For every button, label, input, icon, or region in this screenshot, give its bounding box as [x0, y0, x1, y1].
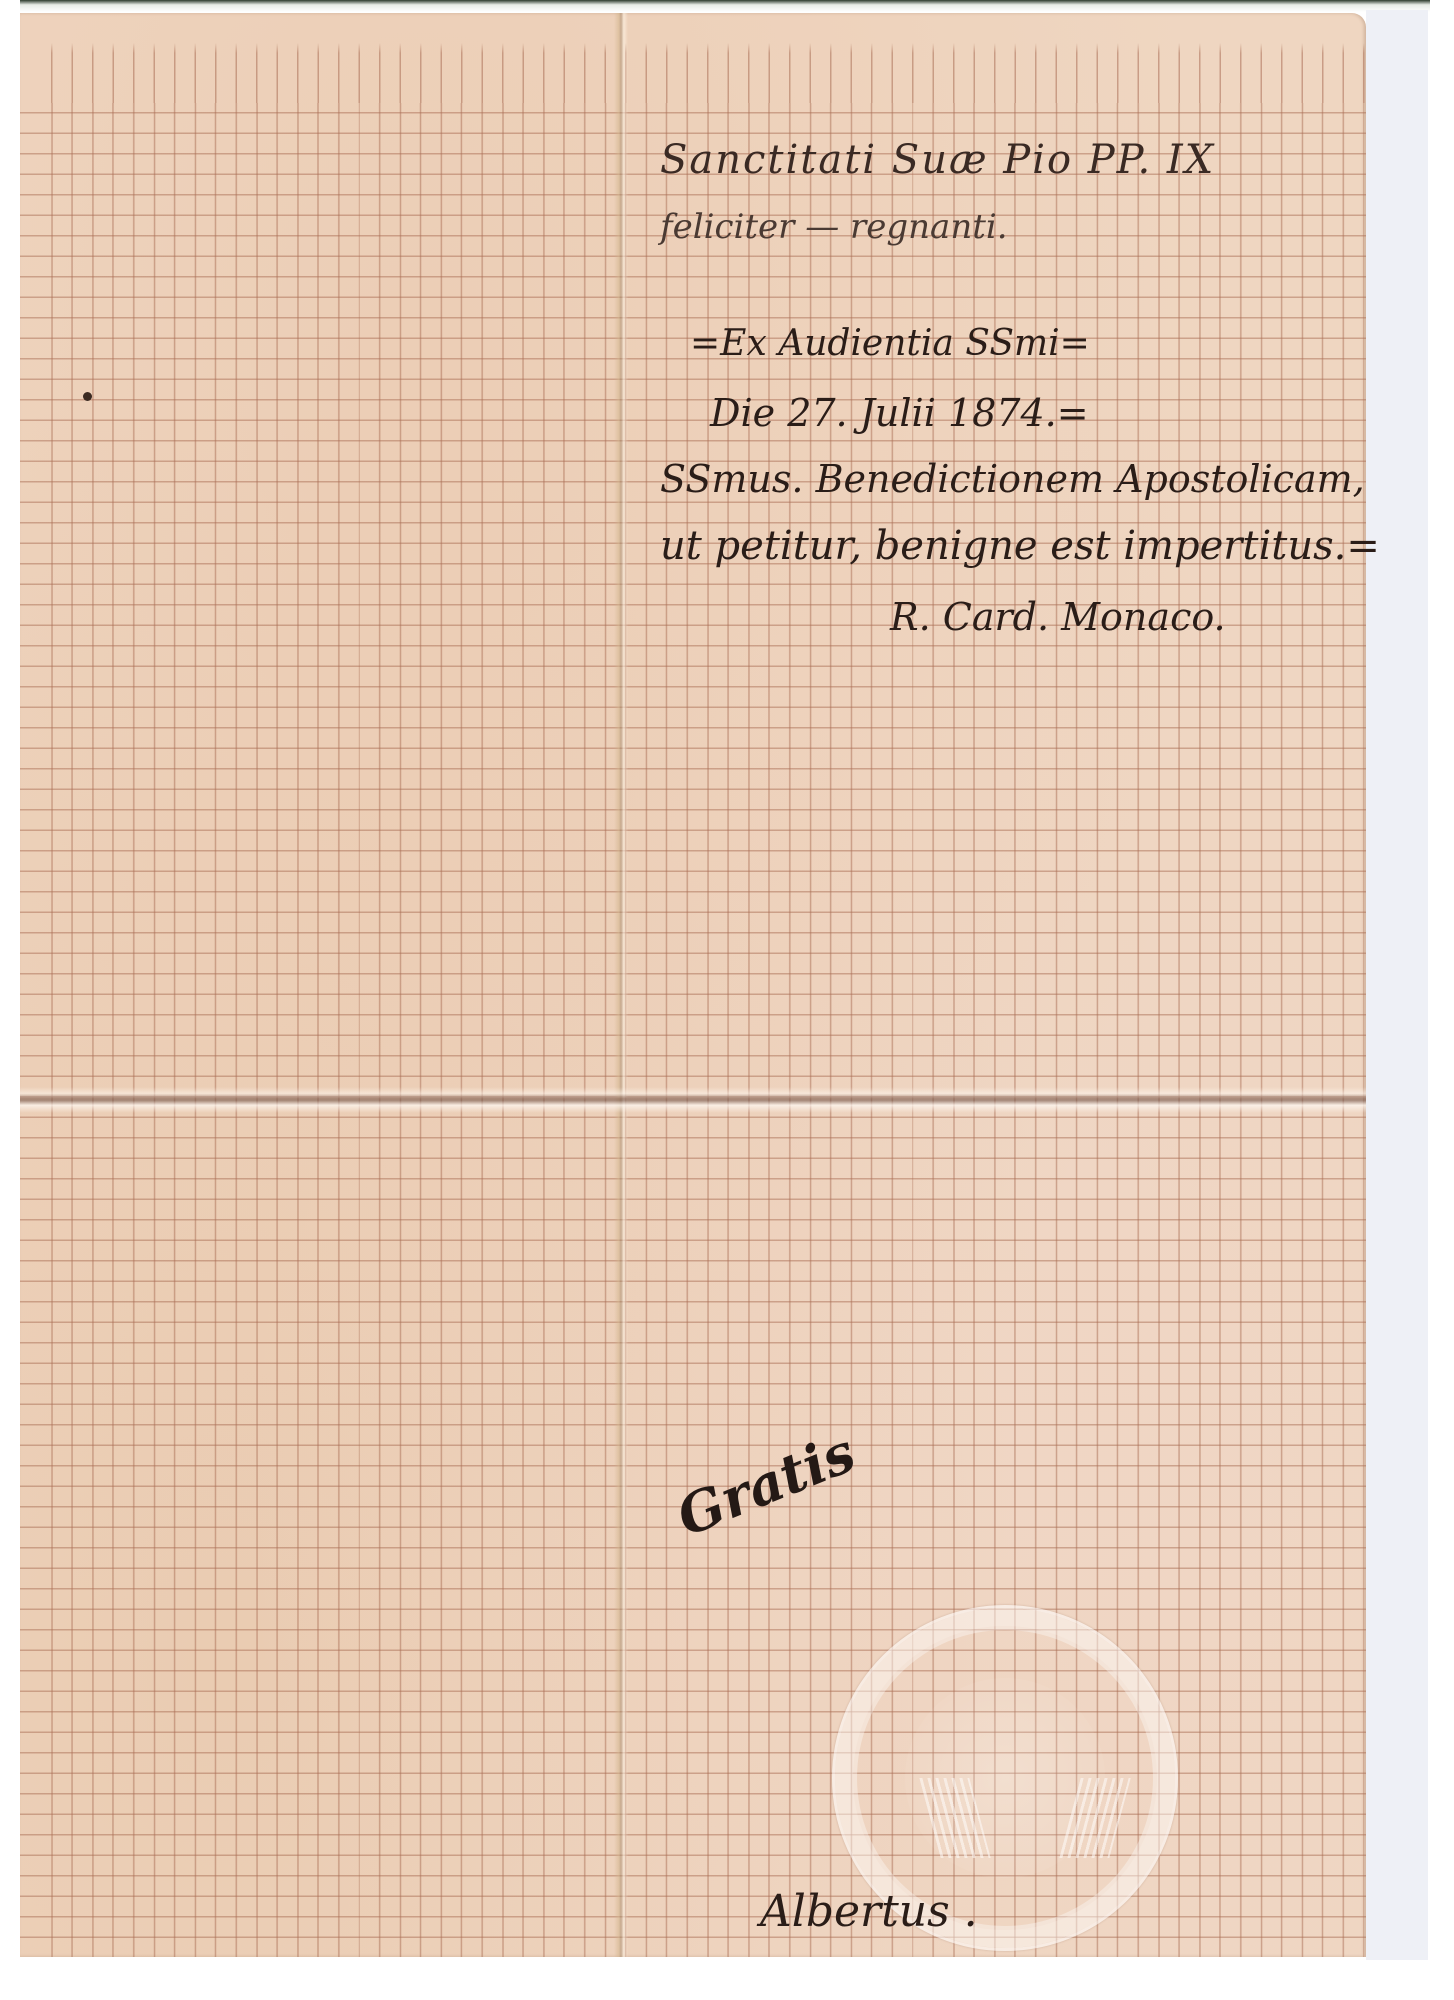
grid-top-margin — [20, 13, 1366, 103]
seal-description: embossed dry seal — [835, 1758, 1175, 1771]
benediction-text: SSmus. Benedictionem Apostolicam, — [660, 460, 1365, 498]
date-line: Die 27. Julii 1874.= — [710, 394, 1089, 432]
benediction-text-2: ut petitur, benigne est impertitus.= — [660, 526, 1380, 566]
graph-paper-grid — [20, 103, 1366, 1957]
addressee-line-2: feliciter — regnanti. — [660, 210, 1008, 244]
horizontal-fold-crease — [20, 1087, 1366, 1113]
cardinal-signature: R. Card. Monaco. — [890, 598, 1226, 636]
ink-spot — [83, 392, 92, 401]
albertus-signature: Albertus . — [760, 1890, 978, 1934]
scan-top-edge — [20, 0, 1430, 12]
document-sheet — [20, 13, 1366, 1957]
vertical-fold-crease — [614, 13, 628, 1957]
addressee-line: Sanctitati Suæ Pio PP. IX — [660, 140, 1215, 180]
scan-background-strip — [1366, 10, 1428, 1960]
audience-heading: =Ex Audientia SSmi= — [690, 326, 1090, 362]
